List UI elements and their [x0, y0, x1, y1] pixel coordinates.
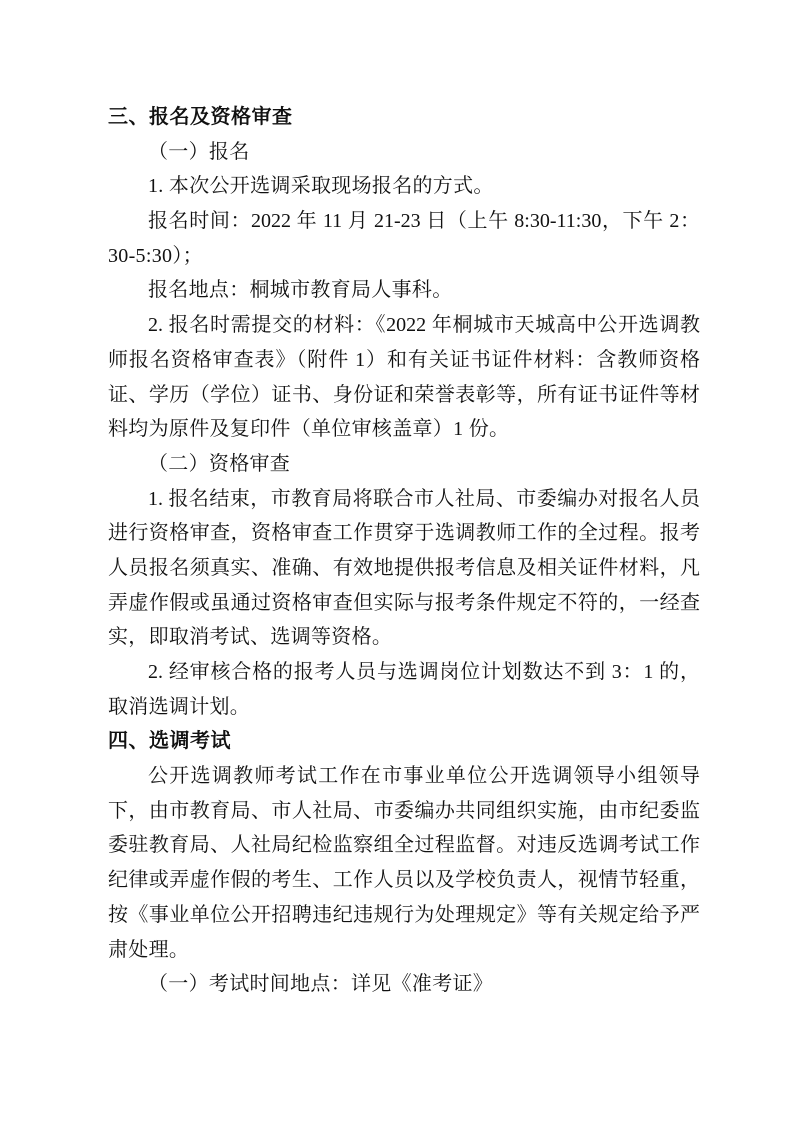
section-heading-3: 三、报名及资格审查	[108, 100, 700, 135]
text-line: 1. 报名结束，市教育局将联合市人社局、市委编办对报名人员	[108, 482, 700, 517]
document-page: 三、报名及资格审查（一）报名1. 本次公开选调采取现场报名的方式。报名时间：20…	[0, 0, 793, 1122]
text-line: 30-5:30）；	[108, 239, 700, 274]
text-line: 委驻教育局、人社局纪检监察组全过程监督。对违反选调考试工作	[108, 828, 700, 863]
text-line: 2. 经审核合格的报考人员与选调岗位计划数达不到 3：1 的，	[108, 655, 700, 690]
subsection-heading: （二）资格审查	[108, 447, 700, 482]
text-line: 2. 报名时需提交的材料：《2022 年桐城市天城高中公开选调教	[108, 308, 700, 343]
text-line: 公开选调教师考试工作在市事业单位公开选调领导小组领导	[108, 759, 700, 794]
text-line: 报名地点：桐城市教育局人事科。	[108, 273, 700, 308]
text-line: 证、学历（学位）证书、身份证和荣誉表彰等，所有证书证件等材	[108, 378, 700, 413]
text-line: 肃处理。	[108, 933, 700, 968]
text-line: 料均为原件及复印件（单位审核盖章）1 份。	[108, 412, 700, 447]
text-line: 1. 本次公开选调采取现场报名的方式。	[108, 169, 700, 204]
text-line: 进行资格审查，资格审查工作贯穿于选调教师工作的全过程。报考	[108, 516, 700, 551]
text-line: 取消选调计划。	[108, 690, 700, 725]
subsection-heading: （一）报名	[108, 135, 700, 170]
text-line: 按《事业单位公开招聘违纪违规行为处理规定》等有关规定给予严	[108, 898, 700, 933]
document-body: 三、报名及资格审查（一）报名1. 本次公开选调采取现场报名的方式。报名时间：20…	[108, 100, 700, 1002]
subsection-heading: （一）考试时间地点：详见《准考证》	[108, 967, 700, 1002]
text-line: 人员报名须真实、准确、有效地提供报考信息及相关证件材料，凡	[108, 551, 700, 586]
text-line: 弄虚作假或虽通过资格审查但实际与报考条件规定不符的，一经查	[108, 586, 700, 621]
text-line: 报名时间：2022 年 11 月 21-23 日（上午 8:30-11:30，下…	[108, 204, 700, 239]
text-line: 下，由市教育局、市人社局、市委编办共同组织实施，由市纪委监	[108, 794, 700, 829]
text-line: 师报名资格审查表》（附件 1）和有关证书证件材料：含教师资格	[108, 343, 700, 378]
text-line: 纪律或弄虚作假的考生、工作人员以及学校负责人，视情节轻重，	[108, 863, 700, 898]
section-heading-4: 四、选调考试	[108, 724, 700, 759]
text-line: 实，即取消考试、选调等资格。	[108, 620, 700, 655]
